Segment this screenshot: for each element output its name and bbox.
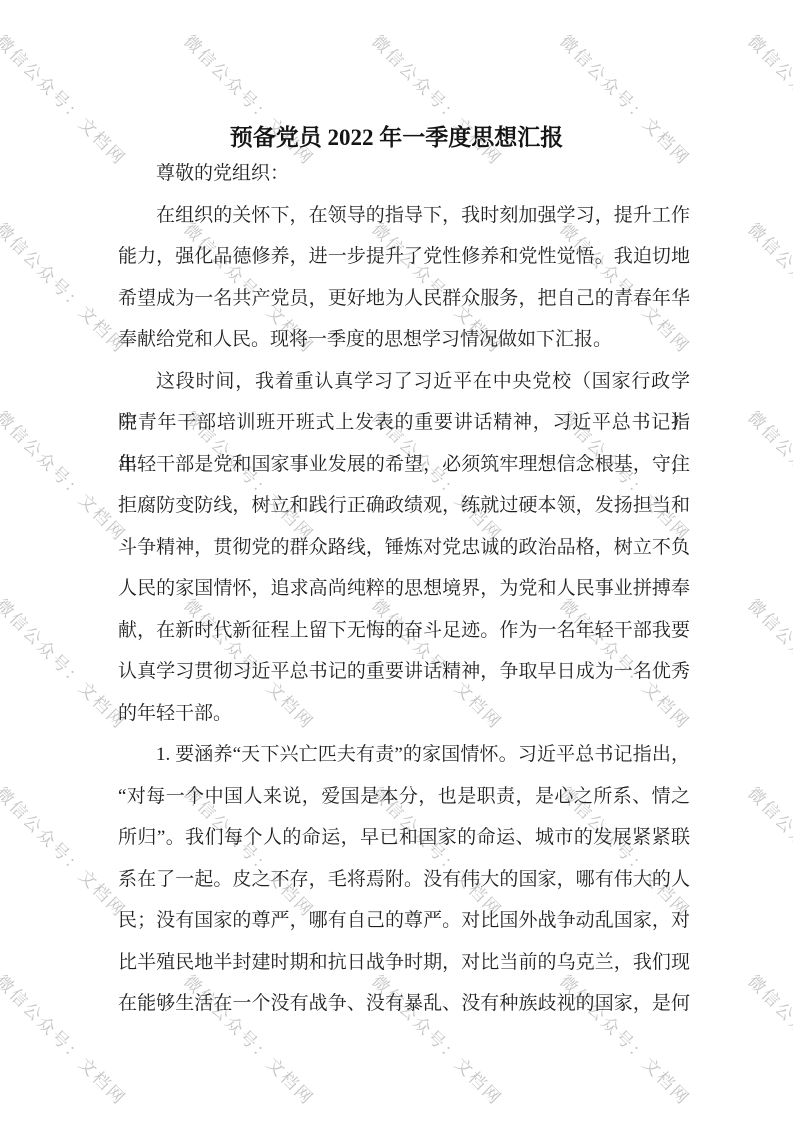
text-line: 能力，强化品德修养，进一步提升了党性修养和党性觉悟。我迫切地 — [118, 236, 690, 278]
watermark-text: 微信公众号：文档网 — [0, 780, 133, 922]
watermark-text: 微信公众号：文档网 — [0, 216, 133, 358]
text-line: 的年轻干部。 — [118, 693, 690, 735]
text-line: 献，在新时代新征程上留下无悔的奋斗足迹。作为一名年轻干部我要 — [118, 610, 690, 652]
watermark-text: 微信公众号：文档网 — [743, 592, 793, 734]
text-line: 希望成为一名共产党员，更好地为人民群众服务，把自己的青春年华 — [118, 278, 690, 320]
text-line: “对每一个中国人来说，爱国是本分，也是职责，是心之所系、情之 — [118, 776, 690, 818]
text-line: 年轻干部是党和国家事业发展的希望，必须筑牢理想信念根基，守住 — [118, 444, 690, 486]
document-body: 尊敬的党组织： 在组织的关怀下，在领导的指导下，我时刻加强学习，提升工作 能力，… — [118, 153, 690, 1025]
text-line: 比半殖民地半封建时期和抗日战争时期，对比当前的乌克兰，我们现 — [118, 942, 690, 984]
text-line: 认真学习贯彻习近平总书记的重要讲话精神，争取早日成为一名优秀 — [118, 651, 690, 693]
text-line: 中青年干部培训班开班式上发表的重要讲话精神，习近平总书记指出， — [118, 402, 690, 444]
watermark-text: 微信公众号：文档网 — [743, 780, 793, 922]
watermark-text: 微信公众号：文档网 — [743, 404, 793, 546]
text-line: 人民的家国情怀，追求高尚纯粹的思想境界，为党和人民事业拼搏奉 — [118, 568, 690, 610]
watermark-text: 微信公众号：文档网 — [0, 968, 133, 1110]
watermark-text: 微信公众号：文档网 — [743, 216, 793, 358]
document-page: 微信公众号：文档网微信公众号：文档网微信公众号：文档网微信公众号：文档网微信公众… — [0, 0, 793, 1122]
text-line: 所归”。我们每个人的命运，早已和国家的命运、城市的发展紧紧联 — [118, 817, 690, 859]
text-line: 民；没有国家的尊严，哪有自己的尊严。对比国外战争动乱国家，对 — [118, 900, 690, 942]
text-line: 系在了一起。皮之不存，毛将焉附。没有伟大的国家，哪有伟大的人 — [118, 859, 690, 901]
text-line: 奉献给党和人民。现将一季度的思想学习情况做如下汇报。 — [118, 319, 690, 361]
text-line: 在组织的关怀下，在领导的指导下，我时刻加强学习，提升工作 — [118, 195, 690, 237]
watermark-text: 微信公众号：文档网 — [0, 404, 133, 546]
text-line: 拒腐防变防线，树立和践行正确政绩观，练就过硬本领，发扬担当和 — [118, 485, 690, 527]
watermark-text: 微信公众号：文档网 — [743, 968, 793, 1110]
salutation-line: 尊敬的党组织： — [118, 153, 690, 195]
text-line: 1. 要涵养“天下兴亡匹夫有责”的家国情怀。习近平总书记指出， — [118, 734, 690, 776]
text-line: 斗争精神，贯彻党的群众路线，锤炼对党忠诚的政治品格，树立不负 — [118, 527, 690, 569]
text-line: 在能够生活在一个没有战争、没有暴乱、没有种族歧视的国家，是何 — [118, 983, 690, 1025]
text-line: 这段时间，我着重认真学习了习近平在中央党校（国家行政学院） — [118, 361, 690, 403]
watermark-text: 微信公众号：文档网 — [0, 592, 133, 734]
